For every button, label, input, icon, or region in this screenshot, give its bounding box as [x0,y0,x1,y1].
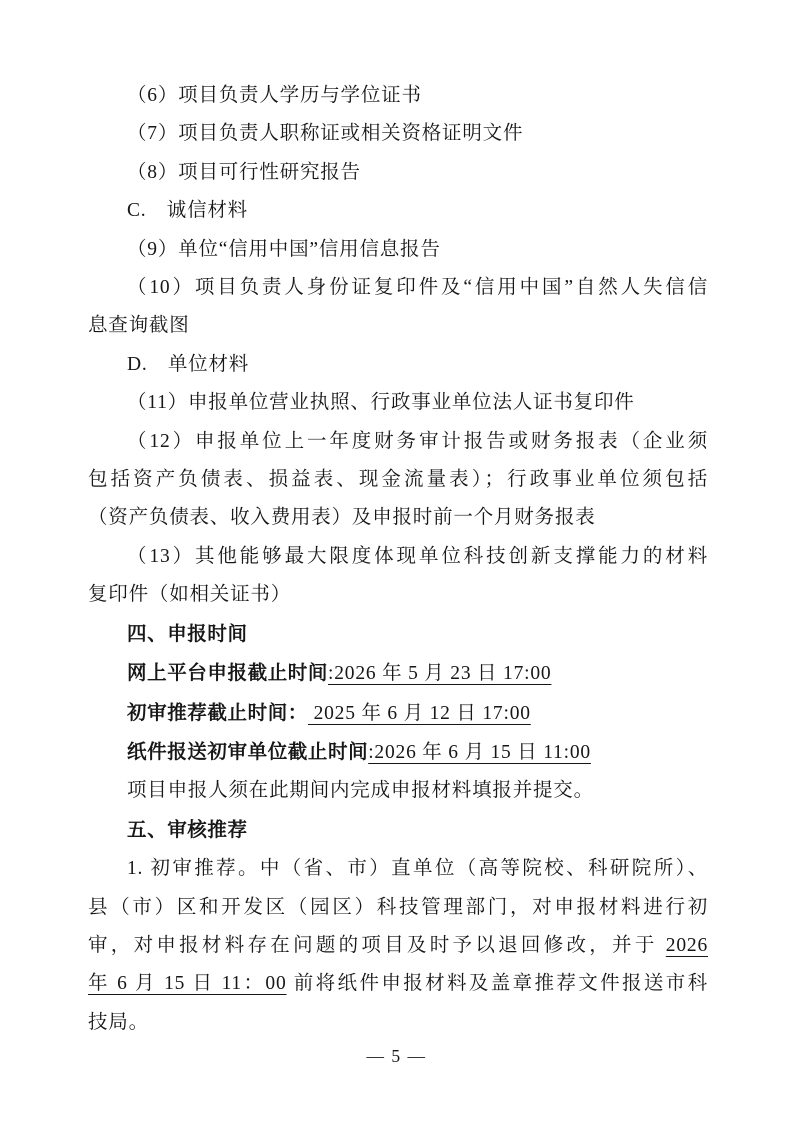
text-segment: （9）单位“信用中国”信用信息报告 [127,239,441,260]
item-11: （11）申报单位营业执照、行政事业单位法人证书复印件 [88,384,708,422]
bold-text: 五、审核推荐 [127,819,248,841]
para-initial-review-line4: 年 6 月 15 日 11：00 前将纸件申报材料及盖章推荐文件报送市科 [88,965,708,1003]
note-completion: 项目申报人须在此期间内完成申报材料填报并提交。 [88,772,708,810]
text-segment: 复印件（如相关证书） [88,584,291,605]
bold-text: 初审推荐截止时间： [127,702,308,724]
deadline-online-platform: 网上平台申报截止时间:2026 年 5 月 23 日 17:00 [88,654,708,693]
bold-text: 网上平台申报截止时间 [127,662,328,684]
text-segment: 前将纸件申报材料及盖章推荐文件报送市科 [287,973,708,994]
item-6: （6）项目负责人学历与学位证书 [88,77,708,115]
document-body: （6）项目负责人学历与学位证书（7）项目负责人职称证或相关资格证明文件（8）项目… [88,77,708,1042]
text-segment: （6）项目负责人学历与学位证书 [127,85,422,106]
text-segment: （资产负债表、收入费用表）及申报时前一个月财务报表 [88,507,596,528]
item-12-line3: （资产负债表、收入费用表）及申报时前一个月财务报表 [88,499,708,537]
item-13-line1: （13）其他能够最大限度体现单位科技创新支撑能力的材料 [88,538,708,576]
bold-text: 纸件报送初审单位截止时间 [127,741,368,763]
item-10-line1: （10）项目负责人身份证复印件及“信用中国”自然人失信信 [88,269,708,307]
text-segment: （11）申报单位营业执照、行政事业单位法人证书复印件 [127,392,635,413]
heading-section-4: 四、申报时间 [88,615,708,654]
item-8: （8）项目可行性研究报告 [88,154,708,192]
underlined-text: 年 6 月 15 日 11：00 [88,973,287,994]
page-number: — 5 — [367,1046,427,1066]
text-segment: 1. 初审推荐。中（省、市）直单位（高等院校、科研院所）、 [127,858,708,879]
item-7: （7）项目负责人职称证或相关资格证明文件 [88,115,708,153]
text-segment: 项目申报人须在此期间内完成申报材料填报并提交。 [127,780,594,801]
deadline-paper-submission: 纸件报送初审单位截止时间:2026 年 6 月 15 日 11:00 [88,733,708,772]
text-segment: 审，对申报材料存在问题的项目及时予以退回修改，并于 [88,935,666,956]
text-segment: （12）申报单位上一年度财务审计报告或财务报表（企业须 [127,431,708,452]
heading-section-5: 五、审核推荐 [88,811,708,850]
underlined-text: 2025 年 6 月 12 日 17:00 [308,703,531,724]
text-segment: 技局。 [88,1012,149,1033]
document-page: （6）项目负责人学历与学位证书（7）项目负责人职称证或相关资格证明文件（8）项目… [0,0,793,1122]
text-segment: 息查询截图 [88,315,190,336]
section-d-heading: D. 单位材料 [88,346,708,384]
para-initial-review-line2: 县（市）区和开发区（园区）科技管理部门，对申报材料进行初 [88,889,708,927]
item-12-line2: 包括资产负债表、损益表、现金流量表）；行政事业单位须包括 [88,461,708,499]
text-segment: D. 单位材料 [127,354,249,375]
item-10-line2: 息查询截图 [88,307,708,345]
bold-text: 四、申报时间 [127,623,248,645]
text-segment: （8）项目可行性研究报告 [127,162,361,183]
item-13-line2: 复印件（如相关证书） [88,576,708,614]
page-footer: — 5 — [0,1046,793,1067]
underlined-text: :2026 年 5 月 23 日 17:00 [328,663,551,684]
section-c-heading: C. 诚信材料 [88,192,708,230]
text-segment: （10）项目负责人身份证复印件及“信用中国”自然人失信信 [127,277,708,298]
underlined-text: :2026 年 6 月 15 日 11:00 [368,742,591,763]
deadline-initial-review: 初审推荐截止时间： 2025 年 6 月 12 日 17:00 [88,694,708,733]
text-segment: C. 诚信材料 [127,200,248,221]
text-segment: （7）项目负责人职称证或相关资格证明文件 [127,123,523,144]
text-segment: 县（市）区和开发区（园区）科技管理部门，对申报材料进行初 [88,897,708,918]
text-segment: （13）其他能够最大限度体现单位科技创新支撑能力的材料 [127,546,708,567]
item-12-line1: （12）申报单位上一年度财务审计报告或财务报表（企业须 [88,423,708,461]
item-9: （9）单位“信用中国”信用信息报告 [88,231,708,269]
para-initial-review-line3: 审，对申报材料存在问题的项目及时予以退回修改，并于 2026 [88,927,708,965]
underlined-text: 2026 [666,935,708,956]
text-segment: 包括资产负债表、损益表、现金流量表）；行政事业单位须包括 [88,469,708,490]
para-initial-review-line5: 技局。 [88,1004,708,1042]
para-initial-review-line1: 1. 初审推荐。中（省、市）直单位（高等院校、科研院所）、 [88,850,708,888]
